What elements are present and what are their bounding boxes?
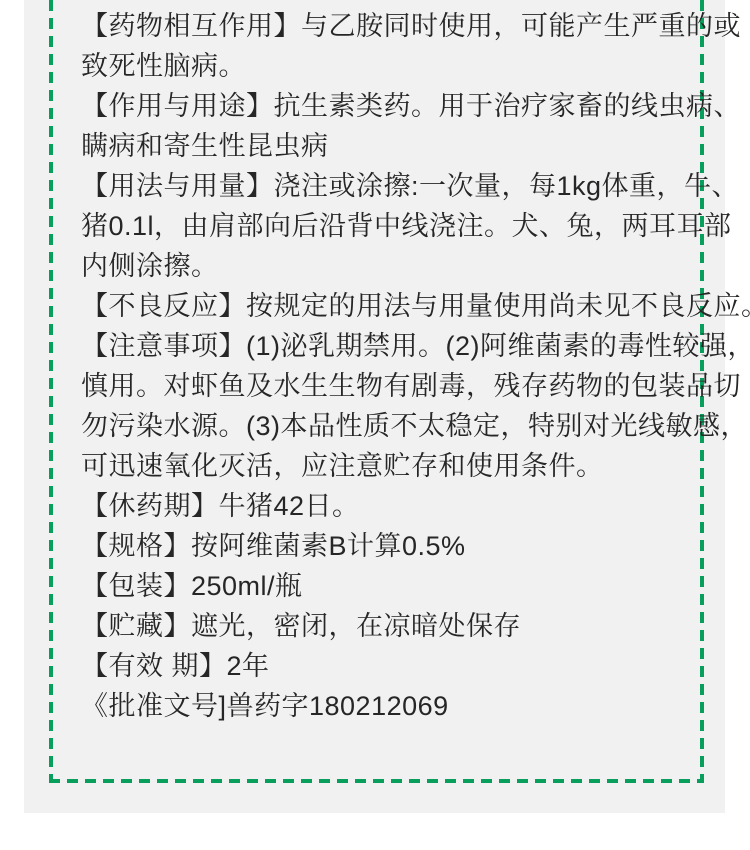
text-line-packaging: 【包装】250ml/瓶: [81, 566, 701, 606]
text-line-indications-cont: 瞒病和寄生性昆虫病: [81, 126, 701, 166]
text-line-drug-interactions-cont: 致死性脑病。: [81, 46, 701, 86]
text-line-shelf-life: 【有效 期】2年: [81, 646, 701, 686]
text-line-withdrawal-period: 【休药期】牛猪42日。: [81, 486, 701, 526]
text-line-precautions-cont-2: 勿污染水源。(3)本品性质不太稳定，特别对光线敏感，: [81, 406, 701, 446]
text-line-precautions-cont-3: 可迅速氧化灭活，应注意贮存和使用条件。: [81, 446, 701, 486]
dashed-border-left: [49, 0, 53, 783]
text-line-drug-interactions: 【药物相互作用】与乙胺同时使用，可能产生严重的或: [81, 6, 701, 46]
drug-instructions-text: 【药物相互作用】与乙胺同时使用，可能产生严重的或 致死性脑病。 【作用与用途】抗…: [81, 6, 701, 726]
text-line-storage: 【贮藏】遮光，密闭，在凉暗处保存: [81, 606, 701, 646]
text-line-adverse-reactions: 【不良反应】按规定的用法与用量使用尚未见不良反应。: [81, 286, 701, 326]
dashed-border-bottom: [49, 779, 704, 783]
text-line-indications: 【作用与用途】抗生素类药。用于治疗家畜的线虫病、: [81, 86, 701, 126]
text-line-precautions: 【注意事项】(1)泌乳期禁用。(2)阿维菌素的毒性较强，: [81, 326, 701, 366]
page: { "colors": { "page_bg": "#ffffff", "pan…: [0, 0, 750, 850]
text-line-dosage-cont-2: 内侧涂擦。: [81, 246, 701, 286]
description-panel: 【药物相互作用】与乙胺同时使用，可能产生严重的或 致死性脑病。 【作用与用途】抗…: [24, 0, 725, 813]
text-line-precautions-cont-1: 慎用。对虾鱼及水生生物有剧毒，残存药物的包装品切: [81, 366, 701, 406]
text-line-approval-number: 《批准文号]兽药字180212069: [81, 686, 701, 726]
text-line-specification: 【规格】按阿维菌素B计算0.5%: [81, 526, 701, 566]
text-line-dosage: 【用法与用量】浇注或涂擦:一次量，每1kg体重，牛、: [81, 166, 701, 206]
text-line-dosage-cont-1: 猪0.1l，由肩部向后沿背中线浇注。犬、兔，两耳耳部: [81, 206, 701, 246]
